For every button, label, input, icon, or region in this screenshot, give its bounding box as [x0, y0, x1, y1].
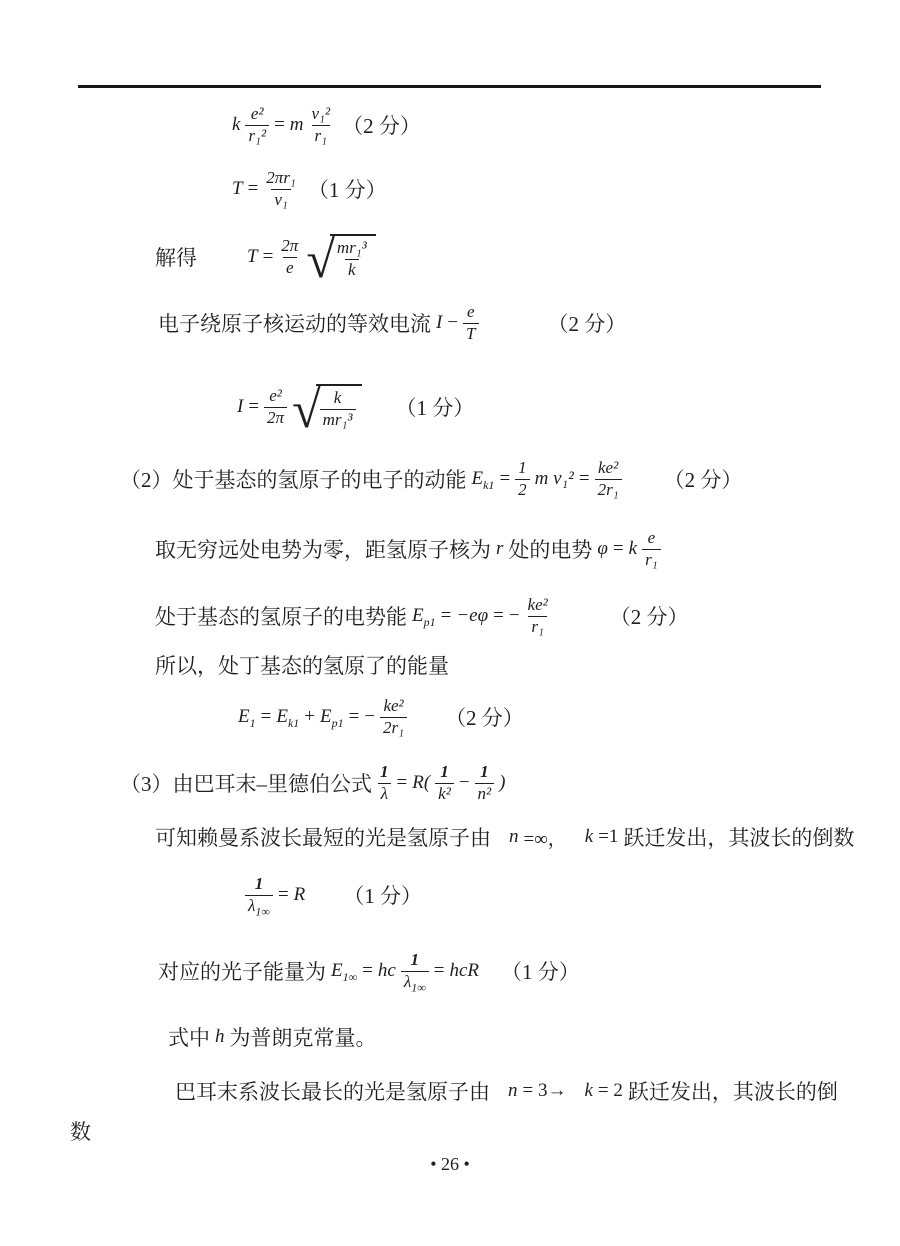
line-so-energy: 所以，处丁基态的氢原了的能量: [155, 650, 449, 680]
equals-sign: =: [397, 772, 408, 794]
math-var: E: [276, 706, 288, 727]
cn-text: 电子绕原子核运动的等效电流: [158, 308, 431, 338]
fraction-numerator: ke²: [595, 458, 621, 478]
cn-text: 所以，处丁基态的氢原了的能量: [155, 650, 449, 680]
fraction: eT: [463, 302, 478, 344]
score-label: （1 分）: [343, 880, 422, 910]
cn-text: 处的电势: [508, 534, 592, 564]
math-var: h: [215, 1026, 225, 1048]
fraction: 1λ1∞: [401, 950, 429, 992]
math-var-subscripted: E1: [238, 706, 256, 728]
fraction-denominator: n²: [475, 783, 495, 804]
equals-sign: =: [441, 605, 452, 627]
subscript: 1∞: [411, 980, 426, 994]
equals-sign: =: [434, 960, 445, 982]
subscript: p1: [424, 615, 436, 629]
fraction: e²2π: [264, 386, 287, 428]
fraction: 1λ: [377, 762, 392, 804]
radical: √ kmr₁³: [292, 384, 361, 430]
score-label: （1 分）: [501, 956, 580, 986]
fraction-denominator: λ1∞: [245, 895, 273, 916]
fraction-denominator: k: [345, 259, 359, 280]
line-balmer-series: 巴耳末系波长最长的光是氢原子由 n = 3→ k = 2 跃迁发出，其波长的倒: [175, 1076, 838, 1106]
formula-current: I = e²2π √ kmr₁³ （1 分）: [237, 376, 474, 438]
subscript: p1: [332, 716, 344, 730]
fraction: mr₁³k: [334, 238, 370, 280]
cn-text: 取无穷远处电势为零，距氢原子核为: [155, 534, 491, 564]
fraction-numerator: 1: [408, 950, 423, 970]
cn-text: 式中: [168, 1022, 210, 1052]
radical-sign-icon: √: [306, 241, 335, 280]
line-rydberg-formula: （3）由巴耳末–里德伯公式 1λ = R( 1k² − 1n² ): [120, 754, 505, 812]
score-label: （1 分）: [396, 392, 475, 422]
fraction-denominator: r₁: [528, 616, 547, 637]
fraction: 1k²: [435, 762, 454, 804]
fraction-numerator: e²: [266, 386, 285, 406]
math-var: T: [232, 178, 243, 200]
fraction-denominator: mr₁³: [320, 409, 356, 430]
fraction-denominator: v₁: [271, 189, 290, 210]
math-var: I: [436, 312, 442, 334]
math-relation: =∞，: [524, 824, 567, 851]
fraction-numerator: v₁²: [309, 104, 334, 124]
equals-sign: =: [248, 178, 259, 200]
line-continuation: 数: [70, 1116, 91, 1146]
equals-sign: =: [499, 468, 510, 490]
math-var-subscripted: Ek1: [276, 706, 299, 728]
cn-text: 巴耳末系波长最长的光是氢原子由: [175, 1076, 490, 1106]
line-solve-period: 解得 T = 2πe √ mr₁³k: [155, 226, 376, 288]
header-rule: [78, 85, 821, 88]
fraction-numerator: e: [645, 528, 659, 548]
equals-sign: =: [248, 396, 259, 418]
minus-sign: −: [364, 706, 375, 728]
math-var: m v₁²: [535, 468, 574, 490]
fraction-numerator: 1: [252, 874, 267, 894]
equals-sign: =: [349, 706, 360, 728]
fraction: 2πe: [278, 236, 301, 278]
formula-lyman-reciprocal: 1λ1∞ = R （1 分）: [245, 866, 422, 924]
score-label: （2 分）: [548, 308, 627, 338]
line-photon-energy: 对应的光子能量为 E1∞ = hc 1λ1∞ = hcR （1 分）: [158, 940, 580, 1002]
fraction-denominator: e: [283, 257, 297, 278]
solve-label: 解得: [155, 242, 197, 272]
math-var-subscripted: Ek1: [472, 468, 495, 490]
line-kinetic-energy: （2）处于基态的氢原子的电子的动能 Ek1 = 12 m v₁² = ke²2r…: [120, 450, 742, 508]
fraction: 2πr₁v₁: [263, 168, 299, 210]
radical-body: kmr₁³: [316, 384, 362, 430]
fraction-numerator: 1: [377, 762, 392, 782]
math-var: E: [320, 706, 332, 727]
fraction-numerator: e: [464, 302, 478, 322]
fraction-denominator: r₁: [312, 125, 331, 146]
equals-sign: =: [261, 706, 272, 728]
math-expression: −eφ: [456, 605, 488, 627]
math-var: k: [629, 538, 637, 560]
math-var: φ: [597, 538, 608, 560]
line-planck-note: 式中 h 为普朗克常量。: [168, 1022, 377, 1052]
score-label: （2 分）: [610, 601, 689, 631]
fraction-denominator: T: [463, 323, 478, 344]
score-label: （2 分）: [664, 464, 743, 494]
score-label: （2 分）: [445, 702, 524, 732]
fraction-denominator: k²: [435, 783, 454, 804]
fraction: e²r₁²: [245, 104, 269, 146]
formula-centripetal-force: k e²r₁² = m v₁²r₁ （2 分）: [232, 92, 421, 158]
minus-sign: −: [509, 605, 520, 627]
math-relation: =1: [598, 826, 618, 848]
cn-text: （2）处于基态的氢原子的电子的动能: [120, 464, 467, 494]
math-var: E: [238, 706, 250, 727]
fraction: er₁: [642, 528, 661, 570]
fraction-denominator: λ1∞: [401, 971, 429, 992]
line-lyman-series: 可知赖曼系波长最短的光是氢原子由 n =∞， k =1 跃迁发出，其波长的倒数: [155, 822, 854, 852]
fraction-numerator: 1: [437, 762, 452, 782]
fraction: ke²r₁: [525, 595, 551, 637]
radical-sign-icon: √: [292, 391, 321, 430]
math-var: T: [247, 246, 258, 268]
equals-sign: =: [278, 884, 289, 906]
fraction-numerator: 1: [477, 762, 492, 782]
math-var: n: [508, 1080, 518, 1102]
subscript: k1: [483, 478, 494, 492]
fraction-denominator: 2r₁: [380, 717, 407, 738]
fraction-numerator: ke²: [380, 696, 406, 716]
math-var: E: [331, 960, 343, 981]
closing-paren: ): [499, 772, 505, 794]
subscript: 1∞: [343, 970, 358, 984]
fraction: ke²2r₁: [595, 458, 622, 500]
formula-total-energy: E1 = Ek1 + Ep1 = − ke²2r₁ （2 分）: [238, 688, 524, 746]
equals-sign: =: [362, 960, 373, 982]
page-number: • 26 •: [430, 1154, 470, 1175]
math-var-subscripted: E1∞: [331, 960, 357, 982]
minus-sign: −: [447, 312, 458, 334]
cn-text: 可知赖曼系波长最短的光是氢原子由: [155, 822, 491, 852]
cn-text: 跃迁发出，其波长的倒数: [623, 822, 854, 852]
subscript: k1: [288, 716, 299, 730]
math-var: E: [472, 468, 484, 489]
equals-sign: =: [263, 246, 274, 268]
math-var: I: [237, 396, 243, 418]
math-var: hc: [378, 960, 396, 982]
document-page: k e²r₁² = m v₁²r₁ （2 分） T = 2πr₁v₁ （1 分）…: [0, 0, 900, 1246]
fraction-numerator: ke²: [525, 595, 551, 615]
math-relation: = 2: [598, 1080, 623, 1102]
equals-sign: =: [613, 538, 624, 560]
math-var: k: [584, 1080, 592, 1102]
equals-sign: =: [274, 114, 285, 136]
math-var: R: [294, 884, 306, 906]
subscript: 1∞: [255, 904, 270, 918]
fraction: kmr₁³: [320, 388, 356, 430]
math-relation: = 3→: [523, 1080, 567, 1102]
equals-sign: =: [579, 468, 590, 490]
cn-text: 为普朗克常量。: [230, 1022, 377, 1052]
fraction-numerator: k: [331, 388, 345, 408]
subscript: 1: [250, 716, 256, 730]
fraction-denominator: r₁: [642, 549, 661, 570]
math-var: E: [412, 605, 424, 626]
fraction: ke²2r₁: [380, 696, 407, 738]
radical-body: mr₁³k: [330, 234, 376, 280]
cn-text: 处于基态的氢原子的电势能: [155, 601, 407, 631]
formula-period: T = 2πr₁v₁ （1 分）: [232, 160, 387, 218]
line-equivalent-current: 电子绕原子核运动的等效电流 I − eT （2 分）: [158, 298, 626, 348]
plus-sign: +: [304, 706, 315, 728]
fraction-denominator: λ: [378, 783, 391, 804]
math-var-subscripted: Ep1: [412, 605, 436, 627]
fraction: 1n²: [475, 762, 495, 804]
math-var-subscripted: Ep1: [320, 706, 344, 728]
fraction-denominator: r₁²: [245, 125, 269, 146]
page-footer: • 26 •: [0, 1150, 900, 1178]
cn-text: （3）由巴耳末–里德伯公式: [120, 768, 372, 798]
minus-sign: −: [459, 772, 470, 794]
fraction-denominator: 2π: [264, 407, 287, 428]
line-potential-energy: 处于基态的氢原子的电势能 Ep1 = −eφ = − ke²r₁ （2 分）: [155, 587, 688, 645]
cn-text: 跃迁发出，其波长的倒: [628, 1076, 838, 1106]
math-var: m: [290, 114, 304, 136]
math-var: k: [585, 826, 593, 848]
fraction-numerator: 1: [515, 458, 530, 478]
fraction-numerator: e²: [248, 104, 267, 124]
math-var: n: [509, 826, 519, 848]
equals-sign: =: [493, 605, 504, 627]
fraction: v₁²r₁: [309, 104, 334, 146]
fraction-numerator: mr₁³: [334, 238, 370, 258]
cn-text: 数: [70, 1116, 91, 1146]
score-label: （2 分）: [342, 110, 421, 140]
fraction: 1λ1∞: [245, 874, 273, 916]
radical: √ mr₁³k: [306, 234, 375, 280]
fraction-denominator: 2r₁: [595, 479, 622, 500]
fraction-numerator: 2πr₁: [263, 168, 299, 188]
math-var: r: [496, 538, 503, 560]
line-potential-reference: 取无穷远处电势为零，距氢原子核为 r 处的电势 φ = k er₁: [155, 522, 661, 576]
math-var: hcR: [449, 960, 479, 982]
score-label: （1 分）: [308, 174, 387, 204]
fraction-denominator: 2: [515, 479, 530, 500]
fraction: 12: [515, 458, 530, 500]
cn-text: 对应的光子能量为: [158, 956, 326, 986]
fraction-numerator: 2π: [278, 236, 301, 256]
math-var: k: [232, 114, 240, 136]
math-var: R(: [412, 772, 430, 794]
